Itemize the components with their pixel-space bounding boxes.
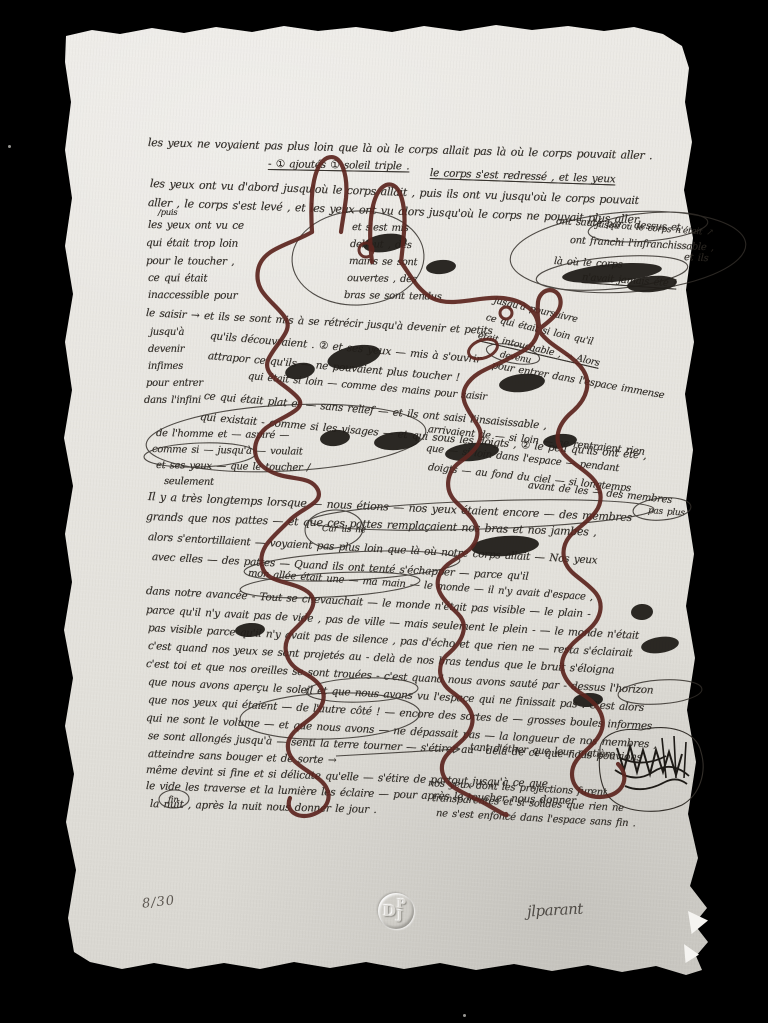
dust-speck bbox=[8, 145, 11, 148]
overlay-drawing-svg bbox=[0, 0, 768, 1023]
stamp-letter-d: D bbox=[383, 902, 396, 920]
stamp-letter-j: J bbox=[397, 908, 403, 922]
artist-signature: jlparant bbox=[527, 900, 584, 921]
embossed-blind-stamp: D P J bbox=[378, 893, 414, 929]
text-lasso-outlines bbox=[144, 204, 749, 809]
scribble-drawing bbox=[599, 728, 703, 812]
dust-speck bbox=[463, 1014, 466, 1017]
red-line-drawing bbox=[255, 157, 624, 816]
photograph-stage: les yeux ne voyaient pas plus loin que l… bbox=[0, 0, 768, 1023]
